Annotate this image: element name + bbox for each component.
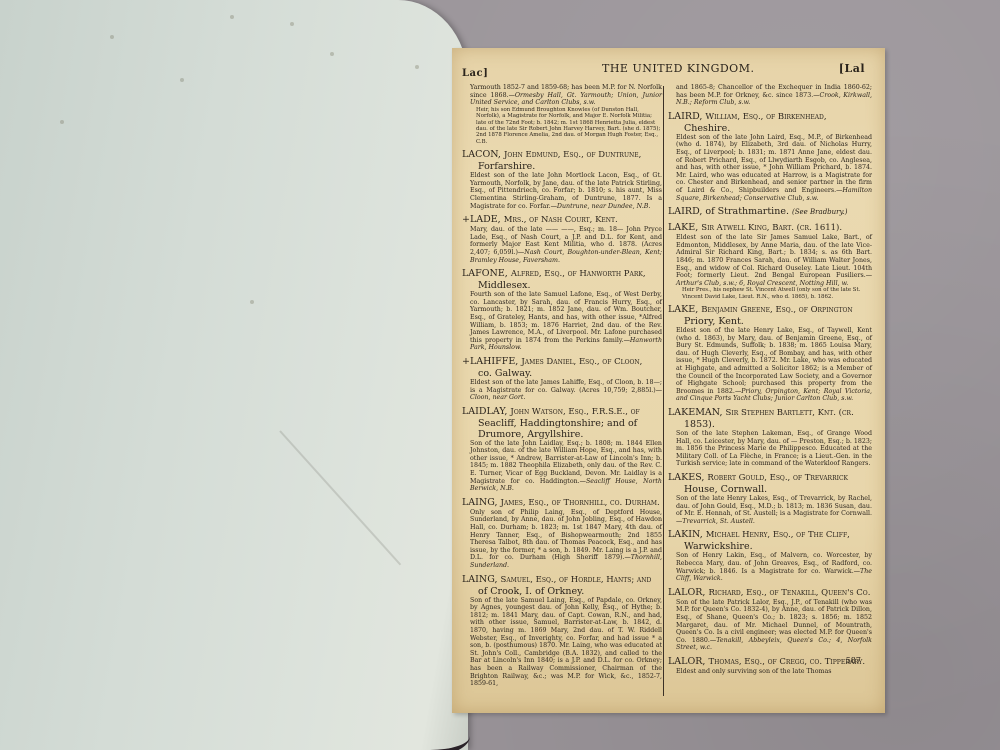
running-head-right: [Lal xyxy=(839,62,865,75)
foxing-spot xyxy=(250,300,254,304)
entry-lalor-thomas: LALOR, Thomas, Esq., of Cregg, co. Tippe… xyxy=(668,656,872,676)
entry-laird-strathmartine: LAIRD, of Strathmartine. (See Bradbury.) xyxy=(668,206,872,218)
entry-lalor-richard: LALOR, Richard, Esq., of Tenakill, Queen… xyxy=(668,587,872,652)
left-page-blank xyxy=(0,0,468,750)
running-head-left: Lac] xyxy=(462,68,488,79)
entry-laird-william: LAIRD, William, Esq., of Birkenhead,Ches… xyxy=(668,111,872,202)
foxing-spot xyxy=(180,78,184,82)
book-binding-edge xyxy=(400,720,470,750)
entry-lakeman: LAKEMAN, Sir Stephen Bartlett, Knt. (cr.… xyxy=(668,407,872,468)
entry-laidlay: LAIDLAY, John Watson, Esq., F.R.S.E., of… xyxy=(462,406,662,493)
heir-note: Heir Pres., his nephew St. Vincent Atwel… xyxy=(668,287,872,300)
entry-lake-atwell: LAKE, Sir Atwell King, Bart. (cr. 1611).… xyxy=(668,222,872,300)
entry-lake-benjamin: LAKE, Benjamin Greene, Esq., of Orpingto… xyxy=(668,304,872,403)
entry-lafone: LAFONE, Alfred, Esq., of Hanworth Park,M… xyxy=(462,268,662,352)
heir-note: Heir, his son Edmund Broughton Knowles (… xyxy=(462,107,662,145)
entry-continued: Yarmouth 1852-7 and 1859-68; has been M.… xyxy=(462,84,662,145)
entry-lakin: LAKIN, Michael Henry, Esq., of The Cliff… xyxy=(668,529,872,582)
running-head: Lac] THE UNITED KINGDOM. [Lal xyxy=(452,62,885,78)
foxing-spot xyxy=(60,120,64,124)
foxing-spot xyxy=(230,15,234,19)
foxing-spot xyxy=(415,65,419,69)
entry-lahiffe: +LAHIFFE, James Daniel, Esq., of Cloon,c… xyxy=(462,356,662,402)
foxing-spot xyxy=(330,52,334,56)
right-page: Lac] THE UNITED KINGDOM. [Lal Yarmouth 1… xyxy=(452,48,885,713)
column-1: Yarmouth 1852-7 and 1859-68; has been M.… xyxy=(462,84,662,692)
entry-laing-samuel: LAING, Samuel, Esq., of Hordle, Hants; a… xyxy=(462,574,662,688)
entry-lade: +LADE, Mrs., of Nash Court, Kent. Mary, … xyxy=(462,214,662,264)
foxing-spot xyxy=(110,35,114,39)
page-crease xyxy=(279,430,401,565)
page-number: 587 xyxy=(846,656,861,665)
entry-continued: and 1865-8; Chancellor of the Exchequer … xyxy=(668,84,872,107)
entry-lakes: LAKES, Robert Gould, Esq., of Trevarrick… xyxy=(668,472,872,525)
page-title: THE UNITED KINGDOM. xyxy=(602,62,754,75)
entry-laing-james: LAING, James, Esq., of Thornhill, co. Du… xyxy=(462,497,662,570)
foxing-spot xyxy=(290,22,294,26)
column-2: and 1865-8; Chancellor of the Exchequer … xyxy=(668,84,872,680)
entry-lacon: LACON, John Edmund, Esq., of Duntrune,Fo… xyxy=(462,149,662,210)
column-divider xyxy=(663,86,664,696)
